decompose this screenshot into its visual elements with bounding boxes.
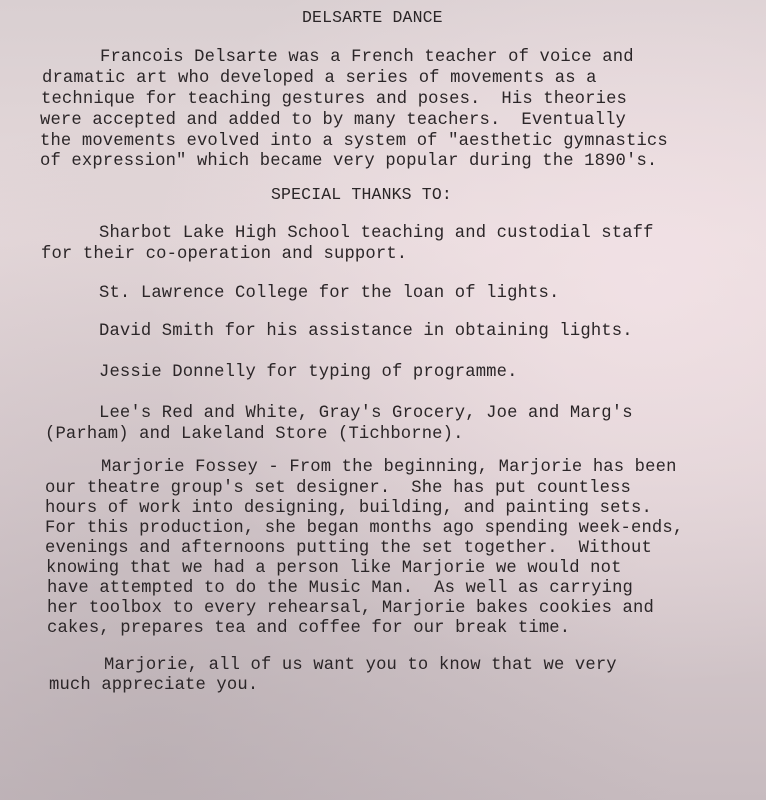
paragraph-line: Marjorie, all of us want you to know tha…	[104, 657, 617, 674]
paragraph-line: Francois Delsarte was a French teacher o…	[100, 49, 634, 66]
paragraph-line: Marjorie Fossey - From the beginning, Ma…	[101, 459, 677, 476]
paragraph-line: knowing that we had a person like Marjor…	[46, 560, 622, 577]
paragraph-line: hours of work into designing, building, …	[45, 500, 652, 517]
paragraph-line: dramatic art who developed a series of m…	[42, 70, 597, 87]
thanks-line: David Smith for his assistance in obtain…	[99, 323, 633, 340]
paragraph-line: cakes, prepares tea and coffee for our b…	[47, 620, 570, 637]
thanks-line: for their co-operation and support.	[41, 246, 407, 263]
paragraph-line: have attempted to do the Music Man. As w…	[47, 580, 633, 597]
thanks-line: (Parham) and Lakeland Store (Tichborne).	[45, 426, 464, 443]
paragraph-line: were accepted and added to by many teach…	[40, 112, 626, 129]
paragraph-line: evenings and afternoons putting the set …	[45, 540, 652, 557]
thanks-line: Sharbot Lake High School teaching and cu…	[99, 225, 654, 242]
paragraph-line: our theatre group's set designer. She ha…	[45, 480, 631, 497]
paragraph-line: For this production, she began months ag…	[45, 520, 683, 537]
paragraph-line: of expression" which became very popular…	[40, 153, 657, 170]
paragraph-line: her toolbox to every rehearsal, Marjorie…	[47, 600, 654, 617]
paragraph-line: technique for teaching gestures and pose…	[41, 91, 627, 108]
document-title: DELSARTE DANCE	[302, 10, 443, 27]
thanks-line: Jessie Donnelly for typing of programme.	[99, 364, 518, 381]
thanks-line: Lee's Red and White, Gray's Grocery, Joe…	[99, 405, 633, 422]
typewritten-page: DELSARTE DANCE Francois Delsarte was a F…	[0, 0, 766, 800]
paragraph-line: much appreciate you.	[49, 677, 258, 694]
thanks-heading: SPECIAL THANKS TO:	[271, 187, 452, 204]
thanks-line: St. Lawrence College for the loan of lig…	[99, 285, 559, 302]
paragraph-line: the movements evolved into a system of "…	[40, 133, 668, 150]
